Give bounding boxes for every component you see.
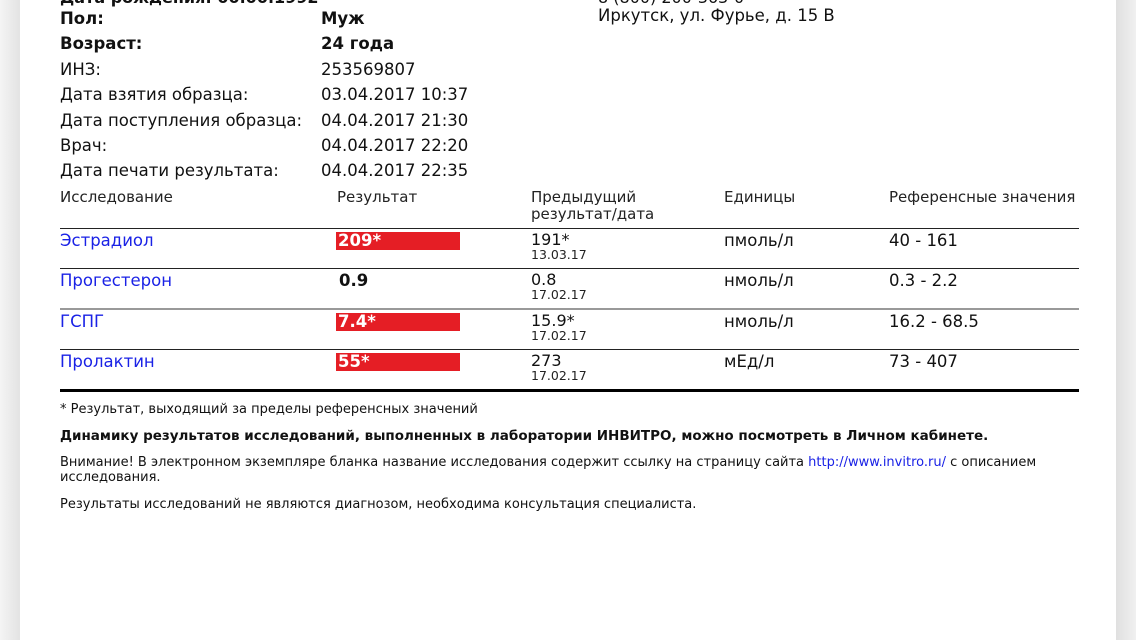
- previous-value: 273: [531, 352, 587, 369]
- table-row: Пролактин 55* 273 17.02.17 мЕд/л 73 - 40…: [60, 350, 1079, 392]
- table-row: ГСПГ 7.4* 15.9* 17.02.17 нмоль/л 16.2 - …: [60, 310, 1079, 350]
- patient-label: Дата поступления образца:: [60, 108, 302, 133]
- result-value-flagged: 55*: [336, 353, 460, 371]
- previous-date: 13.03.17: [531, 248, 587, 261]
- patient-label: Врач:: [60, 133, 107, 158]
- test-name-link[interactable]: Прогестерон: [60, 271, 172, 291]
- header-units: Единицы: [724, 189, 795, 206]
- patient-label: Пол:: [60, 6, 104, 31]
- previous-value: 0.8: [531, 271, 587, 288]
- page-shadow-right: [1116, 0, 1136, 640]
- attention-note: Внимание! В электронном экземпляре бланк…: [60, 455, 1040, 485]
- test-name-link[interactable]: Пролактин: [60, 352, 155, 372]
- previous-date: 17.02.17: [531, 369, 587, 382]
- dynamics-note: Динамику результатов исследований, выпол…: [60, 428, 988, 444]
- patient-label: Возраст:: [60, 31, 142, 56]
- lab-report-page: Дата рождения: 00.00.1992 8 (800) 200-36…: [20, 0, 1116, 640]
- header-result: Результат: [337, 189, 417, 206]
- disclaimer-note: Результаты исследований не являются диаг…: [60, 497, 696, 512]
- patient-label: Дата взятия образца:: [60, 82, 248, 107]
- patient-value: 253569807: [321, 57, 415, 82]
- patient-value: 03.04.2017 10:37: [321, 82, 468, 107]
- previous-result: 0.8 17.02.17: [531, 271, 587, 301]
- reference-range: 40 - 161: [889, 231, 958, 251]
- reference-range: 0.3 - 2.2: [889, 271, 958, 291]
- header-test: Исследование: [60, 189, 173, 206]
- patient-value: 04.04.2017 22:20: [321, 133, 468, 158]
- footnote-out-of-range: * Результат, выходящий за пределы рефере…: [60, 402, 478, 417]
- test-name-link[interactable]: ГСПГ: [60, 312, 104, 332]
- previous-date: 17.02.17: [531, 288, 587, 301]
- result-value-flagged: 7.4*: [336, 313, 460, 331]
- reference-range: 73 - 407: [889, 352, 958, 372]
- patient-label: Дата печати результата:: [60, 158, 279, 183]
- units: нмоль/л: [724, 271, 794, 291]
- attention-text: Внимание! В электронном экземпляре бланк…: [60, 455, 808, 470]
- patient-value: 04.04.2017 21:30: [321, 108, 468, 133]
- results-table: Исследование Результат Предыдущий резуль…: [60, 187, 1079, 392]
- reference-range: 16.2 - 68.5: [889, 312, 979, 332]
- previous-value: 15.9*: [531, 312, 587, 329]
- table-row: Прогестерон 0.9 0.8 17.02.17 нмоль/л 0.3…: [60, 269, 1079, 310]
- table-body: Эстрадиол 209* 191* 13.03.17 пмоль/л 40 …: [60, 229, 1079, 392]
- patient-label: ИНЗ:: [60, 57, 101, 82]
- previous-date: 17.02.17: [531, 329, 587, 342]
- table-row: Эстрадиол 209* 191* 13.03.17 пмоль/л 40 …: [60, 229, 1079, 269]
- patient-value: 24 года: [321, 31, 394, 56]
- header-previous-line2: результат/дата: [531, 206, 654, 223]
- result-value: 0.9: [336, 272, 460, 290]
- test-name-link[interactable]: Эстрадиол: [60, 231, 154, 251]
- result-value-flagged: 209*: [336, 232, 460, 250]
- table-header: Исследование Результат Предыдущий резуль…: [60, 187, 1079, 229]
- page-shadow-left: [0, 0, 20, 640]
- units: пмоль/л: [724, 231, 794, 251]
- previous-result: 273 17.02.17: [531, 352, 587, 382]
- previous-result: 15.9* 17.02.17: [531, 312, 587, 342]
- units: мЕд/л: [724, 352, 774, 372]
- header-reference: Референсные значения: [889, 189, 1075, 206]
- patient-value: Муж: [321, 6, 365, 31]
- lab-address: Иркутск, ул. Фурье, д. 15 В: [598, 6, 835, 25]
- invitro-site-link[interactable]: http://www.invitro.ru/: [808, 455, 946, 470]
- header-previous-line1: Предыдущий: [531, 189, 654, 206]
- previous-value: 191*: [531, 231, 587, 248]
- previous-result: 191* 13.03.17: [531, 231, 587, 261]
- patient-value: 04.04.2017 22:35: [321, 158, 468, 183]
- units: нмоль/л: [724, 312, 794, 332]
- header-previous: Предыдущий результат/дата: [531, 189, 654, 223]
